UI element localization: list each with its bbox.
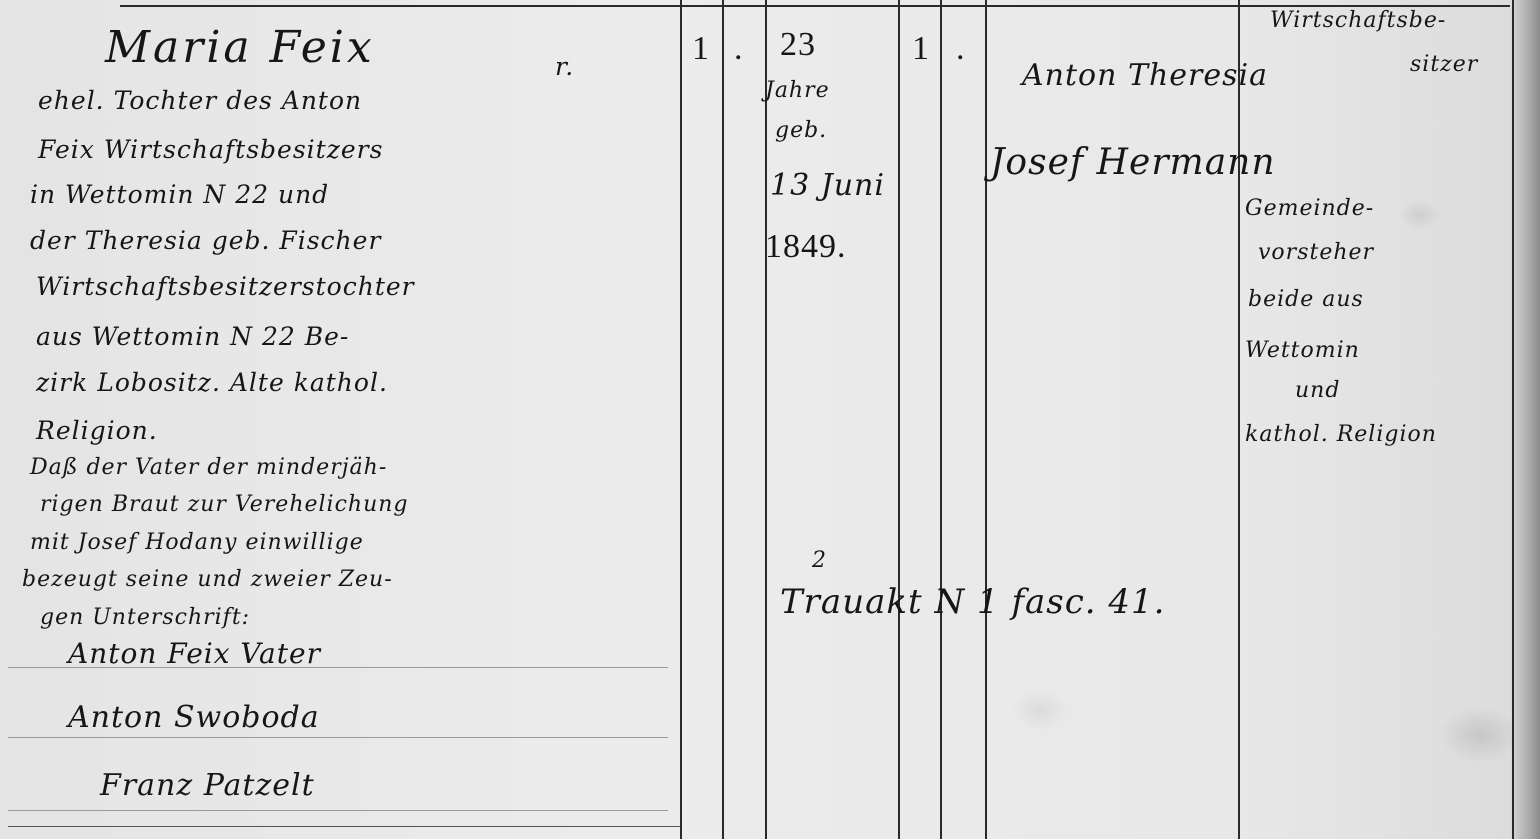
occupation-line-4: vorsteher bbox=[1258, 240, 1374, 265]
witness-name-2: Josef Hermann bbox=[990, 142, 1276, 183]
description-line-8: Religion. bbox=[36, 416, 158, 445]
dot-marker-2: . bbox=[956, 30, 966, 68]
column-rule-1 bbox=[680, 0, 682, 839]
consent-line-1: Daß der Vater der minderjäh- bbox=[30, 455, 387, 480]
signature-line-2 bbox=[8, 737, 668, 738]
bride-name: Maria Feix bbox=[105, 22, 375, 73]
occupation-line-2: sitzer bbox=[1410, 52, 1478, 77]
column-rule-3 bbox=[765, 0, 767, 839]
witness-name-1: Anton Theresia bbox=[1022, 58, 1268, 93]
register-page: Maria Feix r. ehel. Tochter des Anton Fe… bbox=[0, 0, 1540, 839]
reference-note: Trauakt N 1 fasc. 41. bbox=[780, 582, 1165, 622]
age-label: Jahre bbox=[765, 78, 830, 103]
consent-line-4: bezeugt seine und zweier Zeu- bbox=[22, 567, 393, 592]
birth-date: 13 Juni bbox=[770, 168, 885, 203]
consent-line-5: gen Unterschrift: bbox=[40, 605, 250, 630]
birth-year: 1849. bbox=[765, 228, 847, 266]
description-line-6: aus Wettomin N 22 Be- bbox=[36, 322, 349, 351]
occupation-line-5: beide aus bbox=[1248, 287, 1364, 312]
occupation-line-1: Wirtschaftsbe- bbox=[1270, 8, 1446, 33]
signature-witness-2: Franz Patzelt bbox=[100, 768, 315, 803]
description-line-1: ehel. Tochter des Anton bbox=[38, 86, 362, 115]
column-rule-2 bbox=[722, 0, 724, 839]
occupation-line-6: Wettomin bbox=[1245, 338, 1360, 363]
description-line-3: in Wettomin N 22 und bbox=[30, 180, 329, 209]
bottom-rule bbox=[8, 826, 680, 827]
age-years: 23 bbox=[780, 26, 816, 64]
top-rule bbox=[120, 5, 1510, 7]
column-rule-4 bbox=[898, 0, 900, 839]
occupation-line-8: kathol. Religion bbox=[1245, 422, 1437, 447]
occupation-line-3: Gemeinde- bbox=[1245, 196, 1374, 221]
single-count: 1 bbox=[912, 30, 930, 68]
description-line-5: Wirtschaftsbesitzerstochter bbox=[36, 272, 415, 301]
consent-line-2: rigen Braut zur Verehelichung bbox=[40, 492, 409, 517]
signature-witness-1: Anton Swoboda bbox=[68, 700, 320, 735]
description-line-7: zirk Lobositz. Alte kathol. bbox=[36, 368, 388, 397]
column-rule-6 bbox=[985, 0, 987, 839]
column-rule-7 bbox=[1238, 0, 1240, 839]
catholic-count: 1 bbox=[692, 30, 710, 68]
signature-father: Anton Feix Vater bbox=[68, 637, 321, 670]
description-line-4: der Theresia geb. Fischer bbox=[30, 226, 381, 255]
column-rule-5 bbox=[940, 0, 942, 839]
occupation-line-7: und bbox=[1295, 378, 1340, 403]
description-line-2: Feix Wirtschaftsbesitzers bbox=[38, 135, 383, 164]
consent-line-3: mit Josef Hodany einwillige bbox=[30, 530, 364, 555]
page-edge-shadow bbox=[1514, 0, 1540, 839]
reference-superscript: 2 bbox=[812, 548, 827, 573]
birth-prefix: geb. bbox=[775, 118, 827, 143]
bride-name-suffix: r. bbox=[555, 52, 574, 81]
signature-line-3 bbox=[8, 810, 668, 811]
dot-marker-1: . bbox=[734, 30, 744, 68]
